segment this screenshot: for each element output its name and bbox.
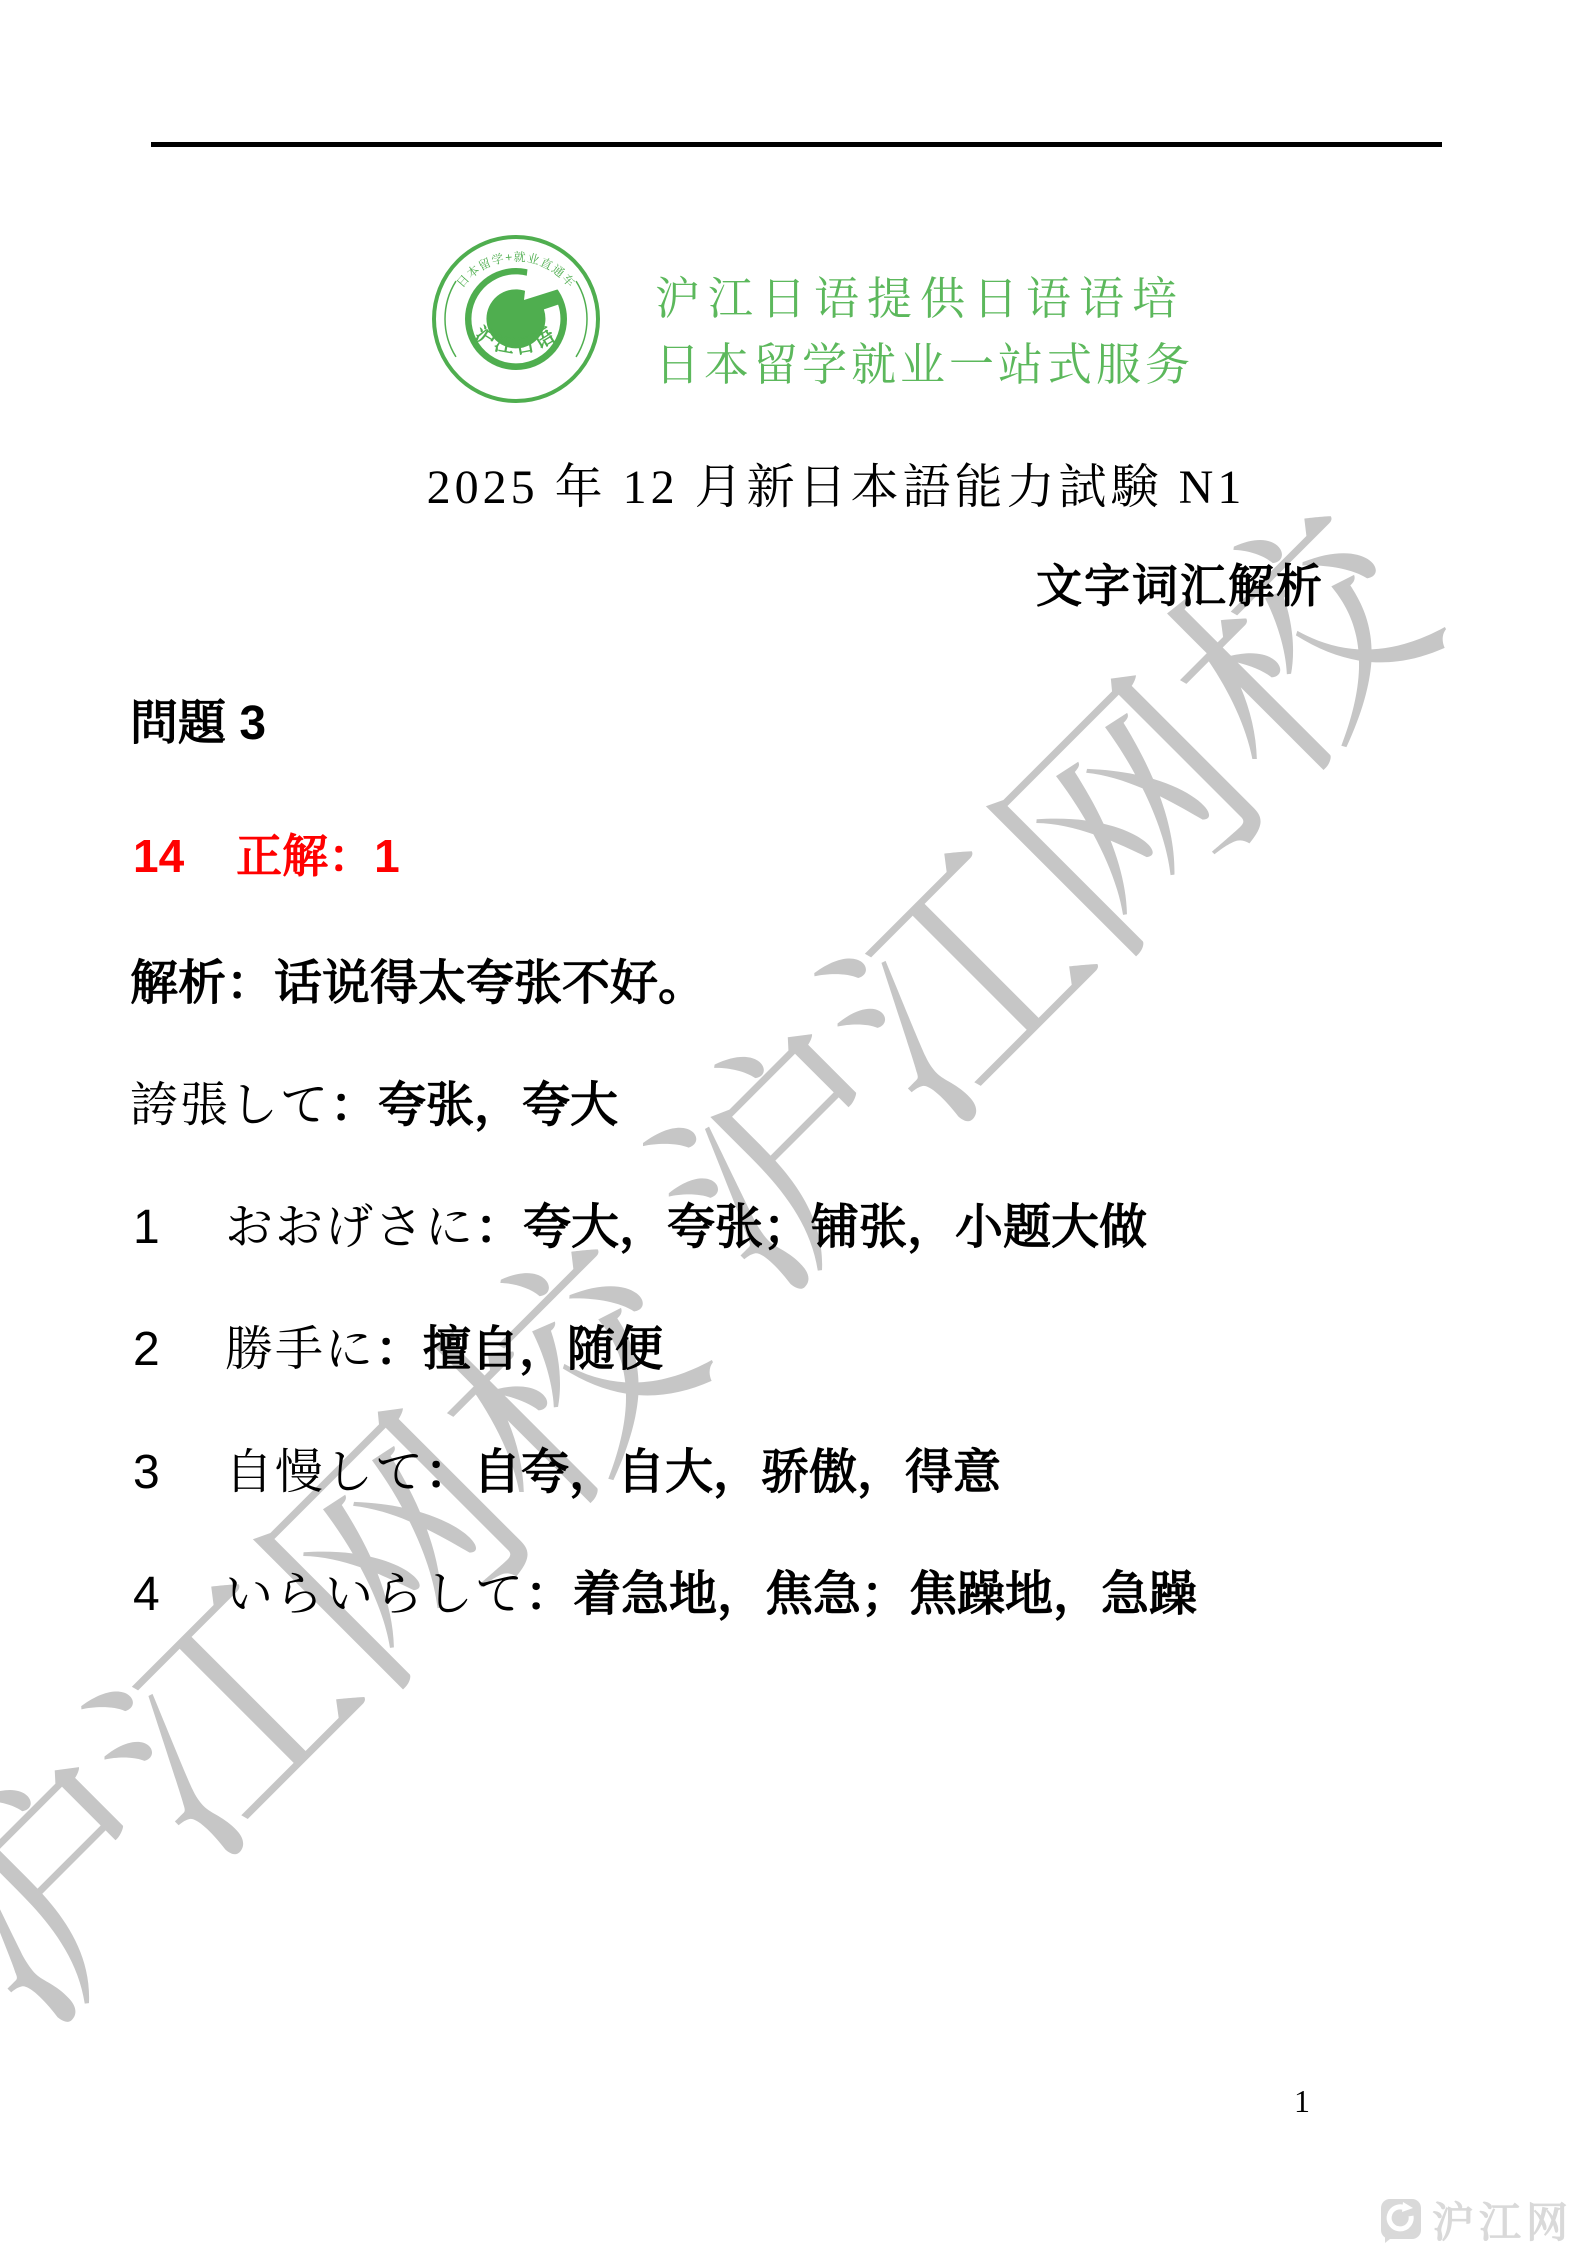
answer-line: 14正解：1 <box>133 820 400 886</box>
stem-colon: ： <box>330 1079 378 1132</box>
option-japanese: いらいらして <box>225 1568 525 1621</box>
option-colon: ： <box>475 1201 523 1254</box>
page-number: 1 <box>1294 2083 1310 2120</box>
option-colon: ： <box>525 1568 573 1621</box>
explanation-line: 解析：话说得太夸张不好。 <box>130 944 706 1013</box>
option-row-4: 4いらいらして：着急地，焦急；焦躁地，急躁 <box>133 1555 1197 1624</box>
option-chinese: 擅自，随便 <box>423 1323 663 1376</box>
option-number: 2 <box>133 1322 225 1377</box>
option-colon: ： <box>375 1323 423 1376</box>
hujiang-logo-badge: 日本留学+就业直通车 沪江日语 <box>430 233 602 405</box>
document-page: 沪江网校 沪江网校 日本留学+就业直通车 沪江 <box>0 0 1587 2245</box>
option-japanese: 自慢して <box>225 1446 425 1499</box>
option-row-3: 3自慢して：自夸，自大，骄傲，得意 <box>133 1433 1001 1502</box>
stem-japanese: 誇張して <box>130 1079 330 1132</box>
brand-tagline-line2: 日本留学就业一站式服务 <box>655 328 1194 393</box>
section-heading: 問題 3 <box>130 684 266 753</box>
option-number: 1 <box>133 1200 225 1255</box>
option-chinese: 着急地，焦急；焦躁地，急躁 <box>573 1568 1197 1621</box>
document-subtitle: 文字词汇解析 <box>1036 550 1324 616</box>
correct-answer-label: 正解：1 <box>236 830 400 882</box>
option-number: 3 <box>133 1445 225 1500</box>
option-japanese: 勝手に <box>225 1323 375 1376</box>
document-title: 2025 年 12 月新日本語能力試験 N1 <box>0 448 1587 517</box>
brand-tagline-line1: 沪江日语提供日语语培 <box>655 262 1185 327</box>
option-chinese: 自夸，自大，骄傲，得意 <box>473 1446 1001 1499</box>
option-japanese: おおげさに <box>225 1201 475 1254</box>
option-row-1: 1おおげさに：夸大，夸张；铺张，小题大做 <box>133 1188 1147 1257</box>
option-colon: ： <box>425 1446 473 1499</box>
stem-chinese: 夸张，夸大 <box>378 1079 618 1132</box>
footer-brand-text: 沪江网 <box>1432 2190 1573 2245</box>
option-number: 4 <box>133 1567 225 1622</box>
question-number: 14 <box>133 830 184 882</box>
option-row-2: 2勝手に：擅自，随便 <box>133 1310 663 1379</box>
page-content: 日本留学+就业直通车 沪江日语 沪江日语提供日语语培 日本留学就业一站式服务 2… <box>0 0 1587 2245</box>
hujiang-bubble-icon <box>1379 2197 1423 2243</box>
header-rule <box>151 142 1442 147</box>
footer-brand: 沪江网 <box>1379 2190 1573 2245</box>
stem-line: 誇張して：夸张，夸大 <box>130 1066 618 1135</box>
option-chinese: 夸大，夸张；铺张，小题大做 <box>523 1201 1147 1254</box>
